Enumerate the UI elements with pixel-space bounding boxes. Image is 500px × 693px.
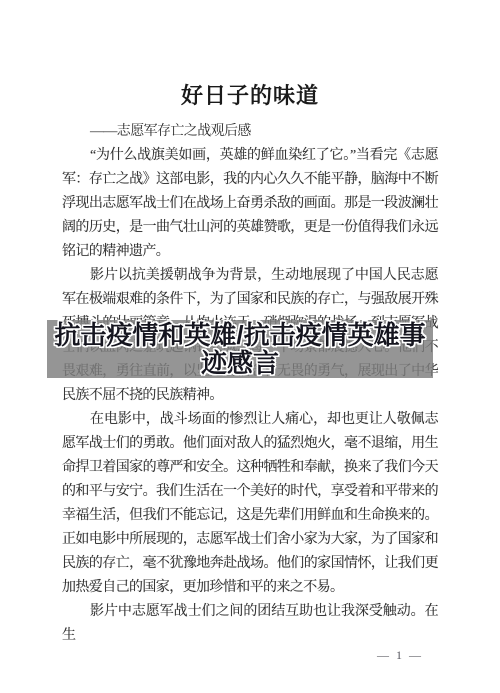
body-paragraph: “为什么战旗美如画，英雄的鲜血染红了它。”当看完《志愿军：存亡之战》这部电影，我…: [62, 144, 438, 264]
document-title: 好日子的味道: [62, 82, 438, 110]
body-paragraph: 在电影中，战斗场面的惨烈让人痛心，却也更让人敬佩志愿军战士们的勇敢。他们面对敌人…: [62, 408, 438, 600]
page-number: — 1 —: [377, 648, 423, 662]
document-page: 好日子的味道 ——志愿军存亡之战观后感 “为什么战旗美如画，英雄的鲜血染红了它。…: [0, 0, 500, 693]
watermark-caption: 抗击疫情和英雄/抗击疫情英雄事迹感言: [47, 321, 433, 377]
body-paragraph: 影片中志愿军战士们之间的团结互助也让我深受触动。在生: [62, 600, 438, 648]
document-subtitle: ——志愿军存亡之战观后感: [62, 120, 438, 144]
watermark-caption-band: 抗击疫情和英雄/抗击疫情英雄事迹感言: [47, 320, 433, 378]
